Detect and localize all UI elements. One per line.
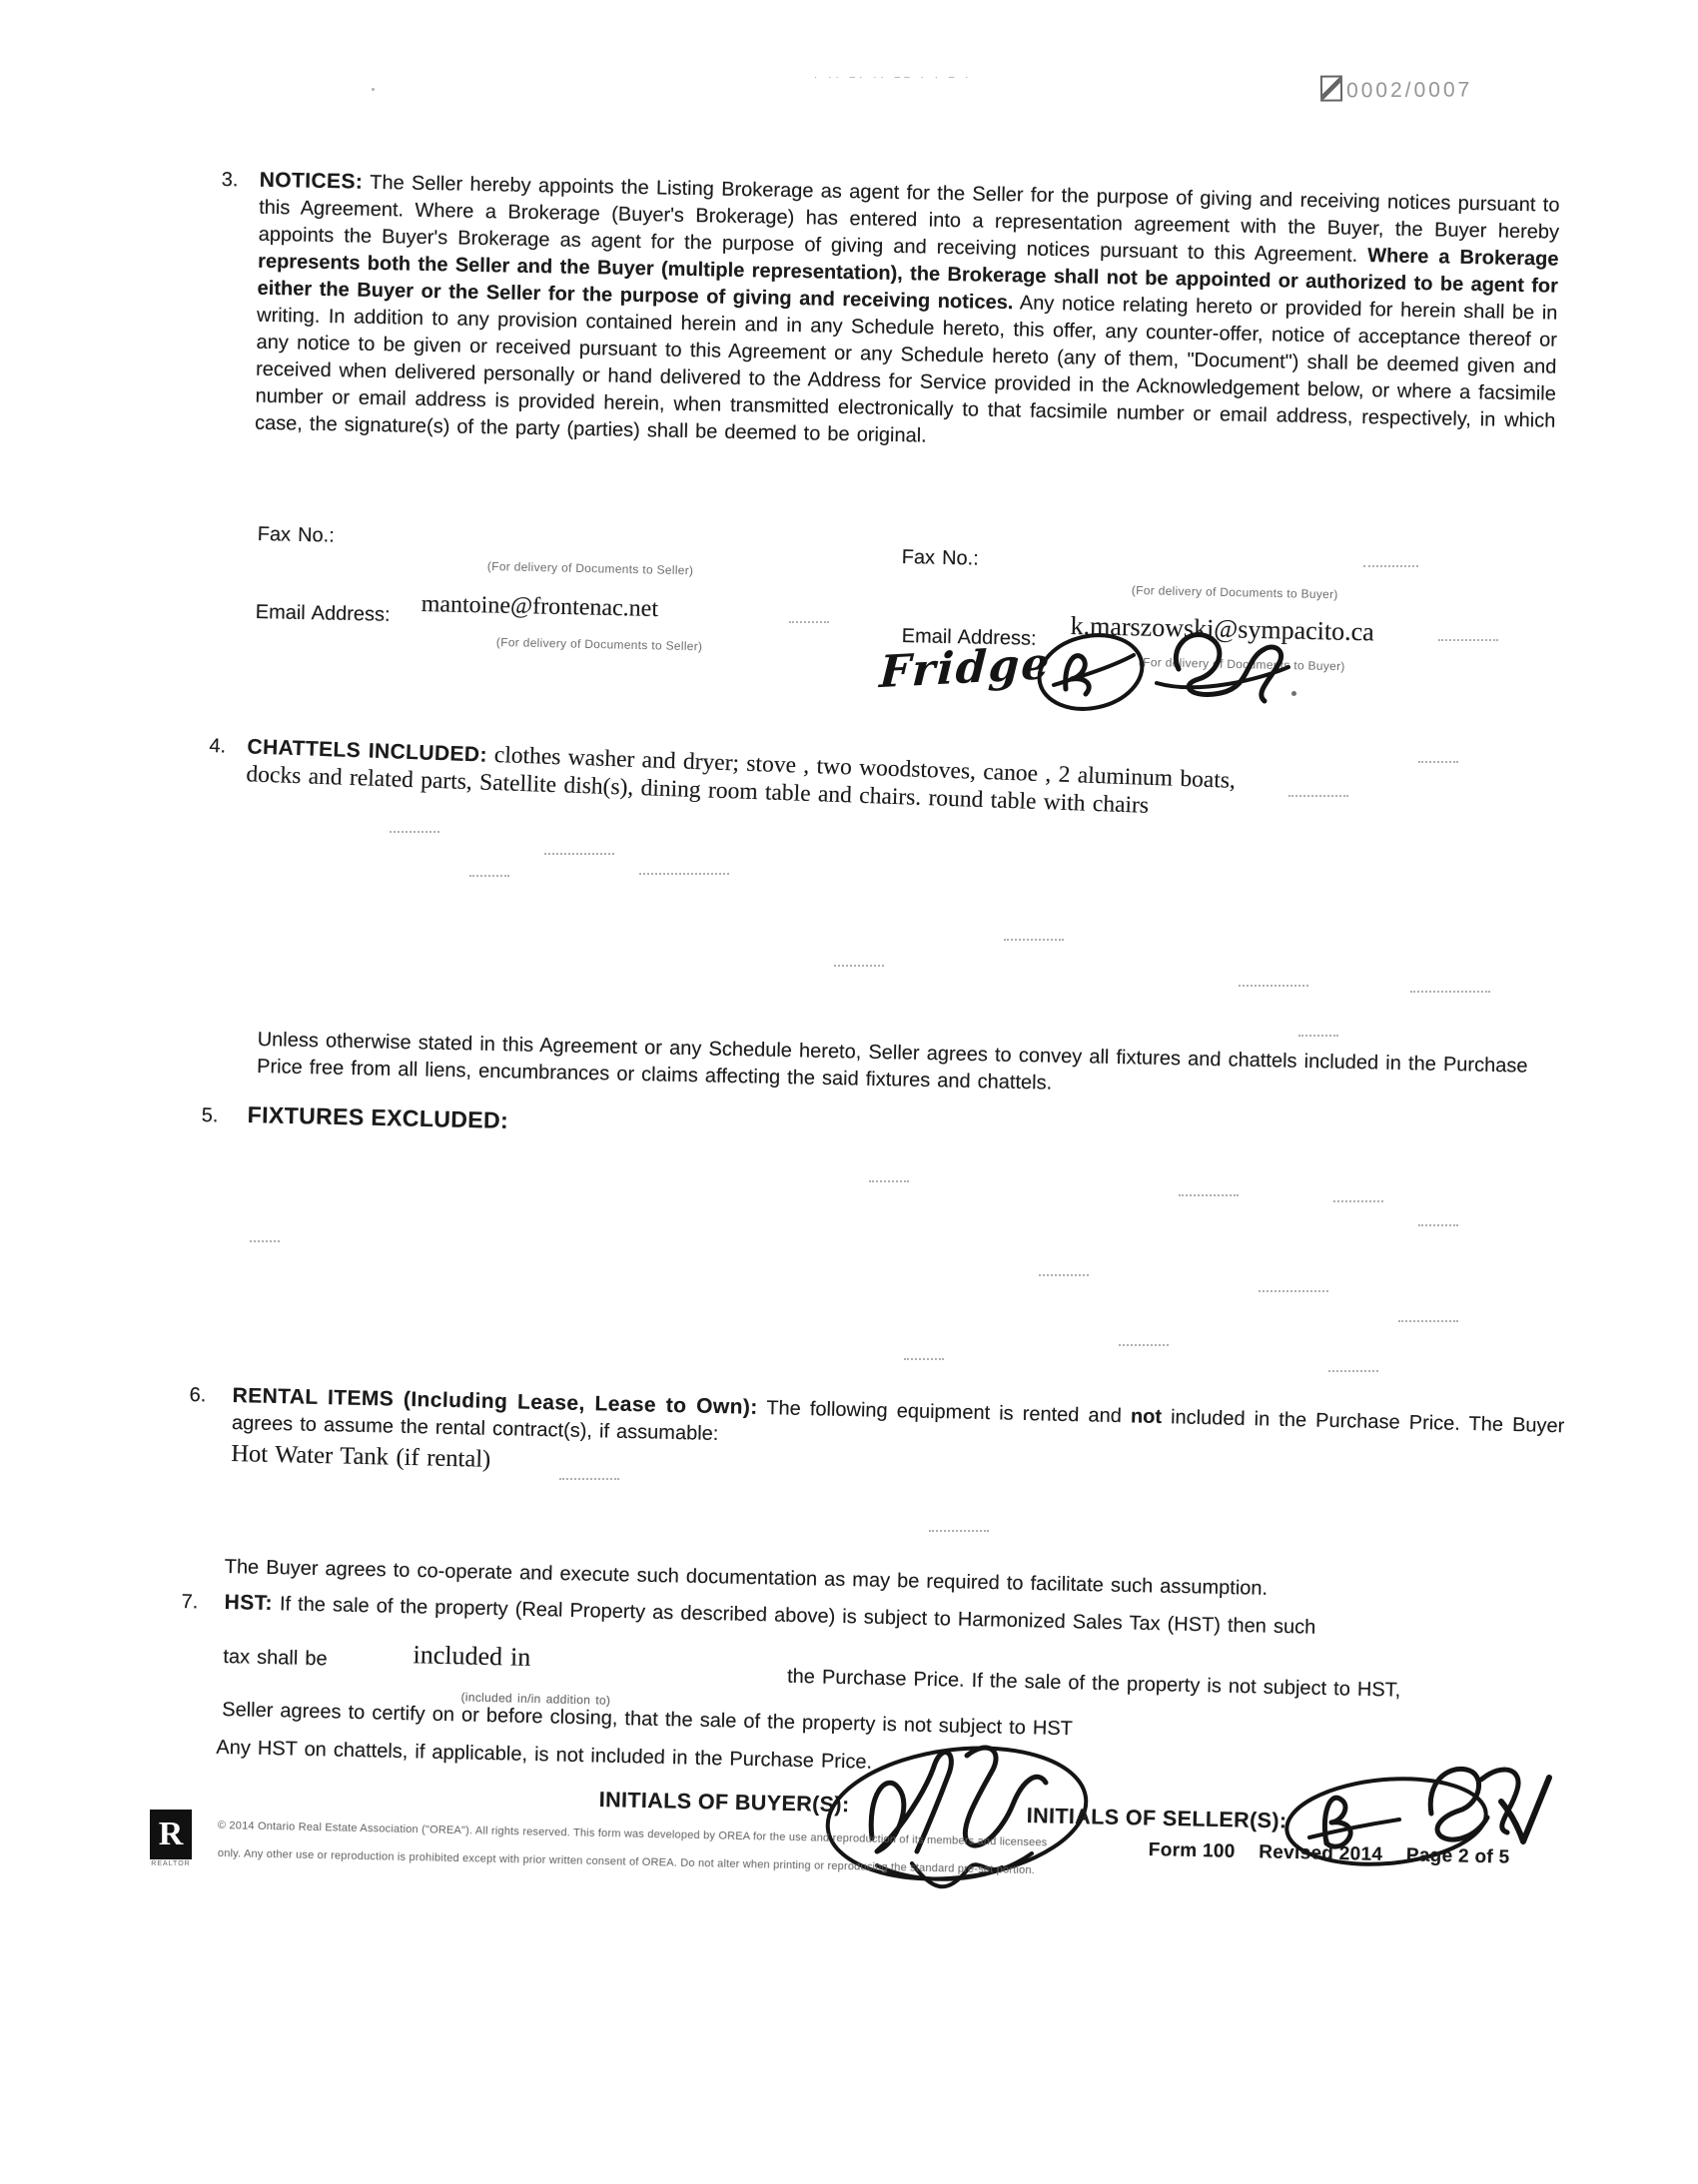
email-note-seller: (For delivery of Documents to Seller) <box>496 635 703 653</box>
rental-text-1: The following equipment is rented and <box>757 1397 1131 1427</box>
scan-artifact <box>544 853 614 855</box>
form-number: Form 100 <box>1149 1839 1236 1862</box>
rental-value: Hot Water Tank (if rental) <box>231 1440 1563 1497</box>
hst-label: HST: <box>224 1591 273 1615</box>
form-revision: Revised 2014 <box>1259 1841 1382 1865</box>
scan-artifact <box>1039 1274 1089 1276</box>
realtor-logo-letter: R <box>150 1810 192 1859</box>
section-number: 6. <box>189 1382 233 1410</box>
rental-bold-not: not <box>1131 1405 1163 1428</box>
realtor-logo-caption: REALTOR <box>150 1860 192 1867</box>
notices-text-2: Any notice relating hereto or provided f… <box>255 292 1558 446</box>
scan-artifact <box>789 621 829 623</box>
notices-label: NOTICES: <box>260 169 364 194</box>
scan-artifact <box>1398 1320 1458 1322</box>
email-value-seller: mantoine@frontenac.net <box>421 591 658 623</box>
section-number: 3. <box>221 167 260 195</box>
notices-text-1: The Seller hereby appoints the Listing B… <box>258 172 1559 267</box>
hst-line4: Any HST on chattels, if applicable, is n… <box>216 1735 872 1777</box>
email-label-seller: Email Address: <box>255 599 390 629</box>
hst-line2-post: the Purchase Price. If the sale of the p… <box>787 1664 1401 1705</box>
scan-artifact <box>1418 761 1458 763</box>
hst-fill-value: included in <box>413 1641 530 1671</box>
handwritten-fridge-note: Fridge <box>878 638 1052 698</box>
hst-line2-pre: tax shall be <box>223 1644 328 1673</box>
fax-stamp-number: 0002/0007 <box>1346 78 1472 102</box>
scan-artifact <box>1333 1200 1383 1202</box>
scanned-agreement-page: · ·· –· ·· –– · · – · 0002/0007 3.NOTICE… <box>0 0 1698 2184</box>
buyer-approval-initials-scribble <box>1034 627 1149 717</box>
fax-label-buyer: Fax No.: <box>901 544 979 573</box>
scan-artifact <box>639 873 729 875</box>
chattels-footer-paragraph: Unless otherwise stated in this Agreemen… <box>257 1027 1528 1107</box>
scan-artifact <box>1179 1194 1239 1196</box>
scan-artifact <box>904 1358 944 1360</box>
scan-artifact <box>469 875 509 877</box>
scan-artifact <box>390 831 439 833</box>
scan-artifact <box>1004 939 1064 941</box>
scan-artifact <box>929 1530 989 1532</box>
section-number: 5. <box>201 1104 218 1127</box>
scan-artifact <box>1438 639 1498 641</box>
scan-artifact <box>1328 1370 1378 1372</box>
scan-artifact <box>834 965 884 967</box>
checkmark-scribble <box>1493 1770 1553 1849</box>
section-chattels: 4.CHATTELS INCLUDED: clothes washer and … <box>208 732 1575 836</box>
scan-artifact <box>1239 985 1308 987</box>
scan-artifact <box>1259 1290 1328 1292</box>
scan-artifact <box>1288 795 1348 797</box>
section-rental: 6.RENTAL ITEMS (Including Lease, Lease t… <box>188 1381 1565 1497</box>
fax-note-seller: (For delivery of Documents to Seller) <box>487 559 694 577</box>
scan-artifact <box>1119 1344 1169 1346</box>
fax-page-icon <box>1320 75 1342 101</box>
scan-noise: · ·· –· ·· –– · · – · <box>814 72 972 83</box>
scan-artifact <box>1410 991 1490 993</box>
seller-approval-initials-scribble <box>1149 607 1298 712</box>
scan-artifact <box>559 1478 619 1480</box>
fax-note-buyer: (For delivery of Documents to Buyer) <box>1132 583 1338 601</box>
scan-artifact <box>372 88 375 91</box>
scan-artifact <box>250 1240 280 1242</box>
realtor-logo: R REALTOR <box>150 1810 192 1867</box>
scan-artifact <box>1291 691 1296 696</box>
initials-of-buyers-label: INITIALS OF BUYER(S): <box>598 1788 849 1818</box>
scan-artifact <box>1363 565 1418 567</box>
form-page-number: Page 2 of 5 <box>1406 1844 1510 1867</box>
fixtures-label: FIXTURES EXCLUDED: <box>247 1101 508 1134</box>
fax-stamp: 0002/0007 <box>1320 74 1473 103</box>
section-number: 7. <box>181 1589 225 1617</box>
scan-artifact <box>869 1180 909 1182</box>
scan-artifact <box>1418 1224 1458 1226</box>
scan-artifact <box>1298 1035 1338 1037</box>
fax-label-seller: Fax No.: <box>257 521 335 550</box>
section-number: 4. <box>209 733 248 761</box>
section-notices: 3.NOTICES: The Seller hereby appoints th… <box>217 166 1560 462</box>
